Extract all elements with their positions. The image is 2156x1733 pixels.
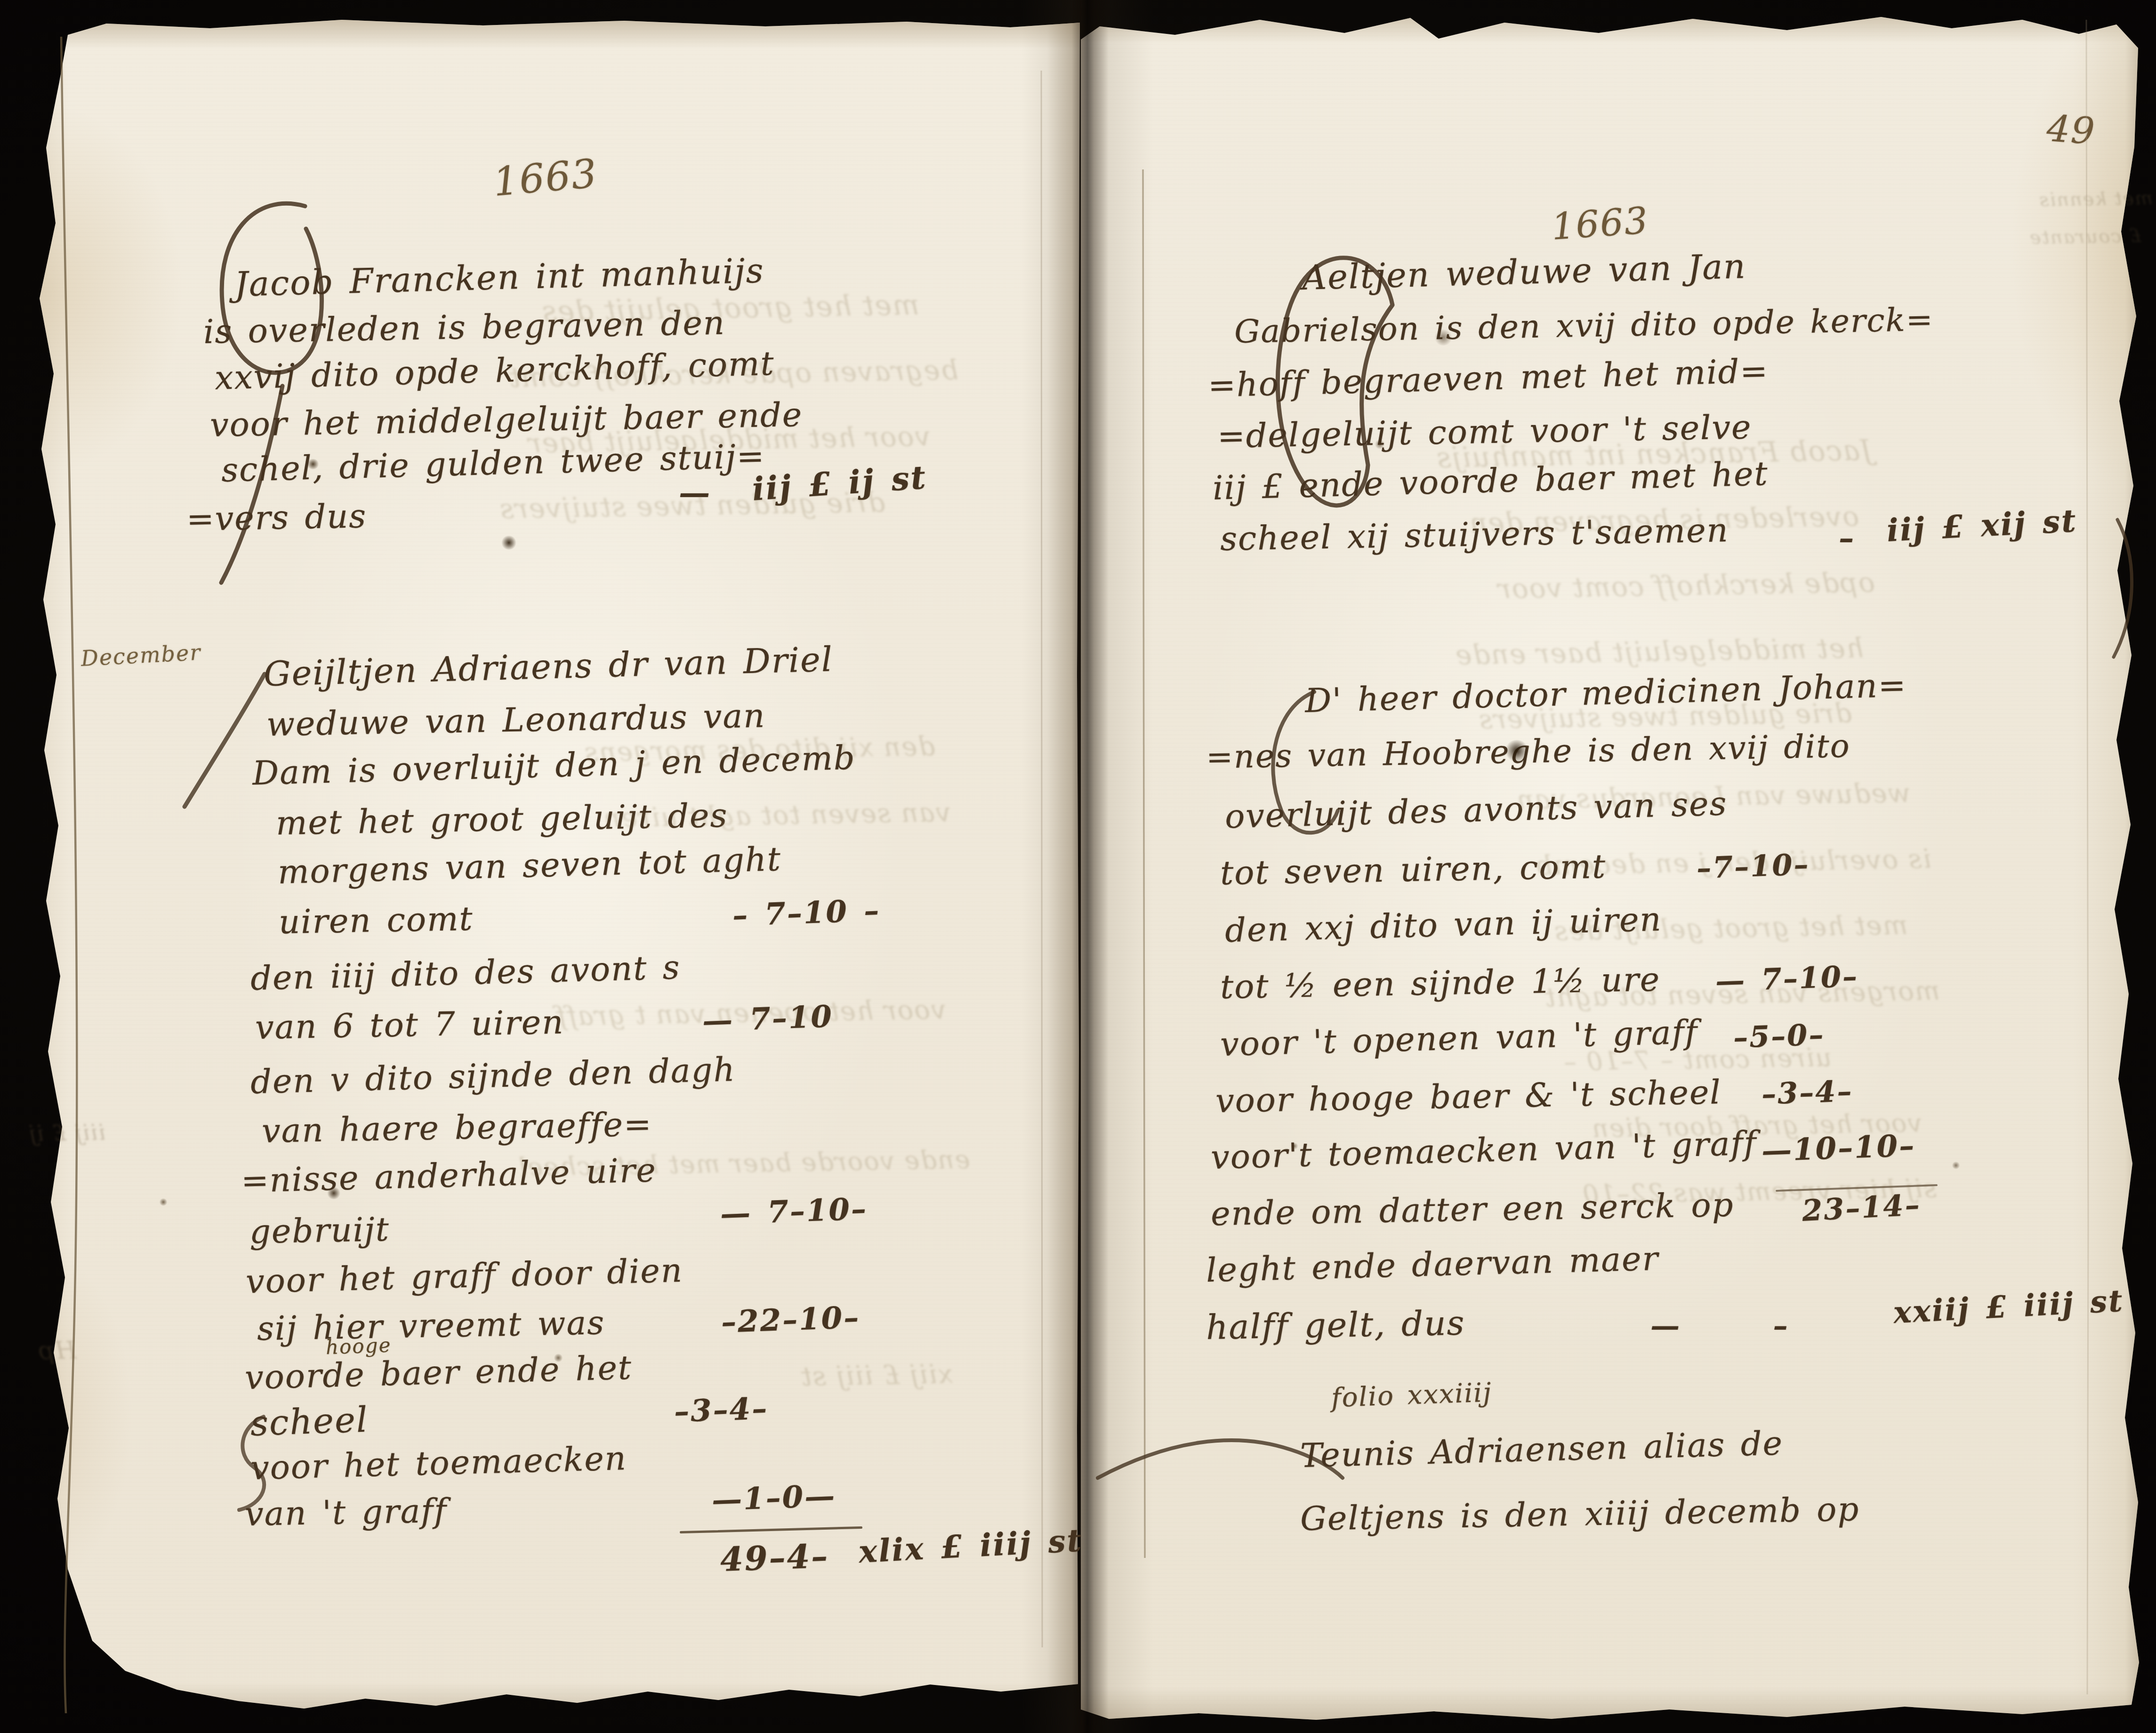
initial-flourish-g	[185, 674, 265, 807]
crease-line-left	[1041, 71, 1042, 1647]
initial-flourish-t	[1098, 1440, 1343, 1478]
margin-rule-right	[1143, 169, 1145, 1558]
initial-flourish-a	[1278, 258, 1392, 505]
margin-rule-left	[61, 37, 77, 1713]
crease-line-right	[2086, 20, 2088, 1694]
manuscript-scan: 1663 December Jacob Francken int manhuij…	[0, 0, 2156, 1733]
ink-overlay	[0, 0, 2156, 1733]
flourish-st-descender	[2114, 520, 2132, 657]
initial-flourish-j	[221, 203, 322, 583]
initial-flourish-s	[239, 1417, 264, 1510]
initial-flourish-d	[1273, 692, 1338, 833]
